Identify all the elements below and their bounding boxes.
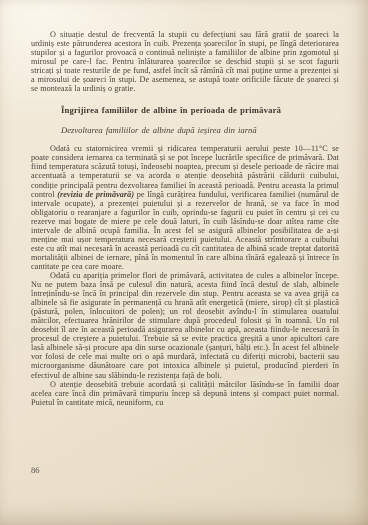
scanned-book-page: O situație destul de frecventă la stupii… bbox=[0, 0, 368, 525]
emphasis-spring-revision: (revizia de primăvară) bbox=[57, 190, 134, 199]
page-text-column: O situație destul de frecventă la stupii… bbox=[31, 30, 339, 407]
paragraph-queen-quality: O atenție deosebită trebuie acordată și … bbox=[31, 380, 339, 407]
page-number: 86 bbox=[31, 465, 40, 475]
paragraph-mice-in-hives: O situație destul de frecventă la stupii… bbox=[31, 30, 339, 93]
paragraph-spring-development: Odată cu statornicirea vremii și ridicar… bbox=[31, 144, 339, 271]
paragraph-text-after-emphasis: pe lîngă curățirea fundului, verificarea… bbox=[31, 190, 339, 271]
section-subheading: Dezvoltarea familiilor de albine după ie… bbox=[61, 125, 339, 135]
paragraph-feeding-and-water: Odată cu apariția primelor flori de prim… bbox=[31, 271, 339, 380]
section-heading: Îngrijirea familiilor de albine în perio… bbox=[61, 105, 339, 115]
